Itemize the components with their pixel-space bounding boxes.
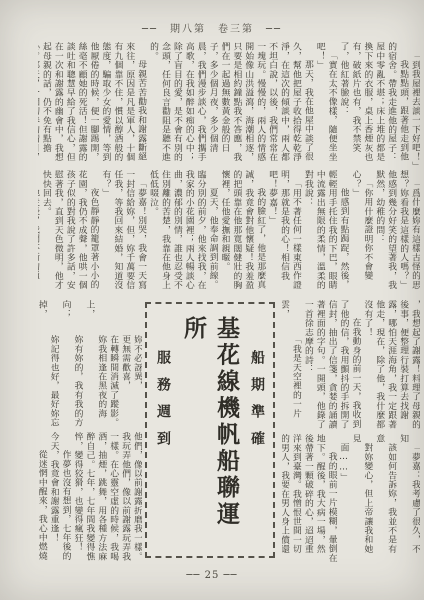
ad-slogan-schedule: 船期準確: [247, 312, 267, 458]
text-column-paragraph: 「到我屋裡去談一下好吧！」: [408, 42, 420, 166]
story-band-bottom-left: 他們，像以前謝露折磨我一樣。我玩弄他們，像以前謝露玩弄我一樣。在心靈空虛的時候，…: [38, 432, 142, 562]
header-volume-issue: ── 期八第 卷三第 ──: [0, 20, 424, 35]
text-column-paragraph: 更無需歡喜，: [118, 300, 130, 430]
text-column-paragraph: 「我是天空裡的一片雲，: [282, 300, 301, 431]
text-column-paragraph: 「夢嘉！別哭，我會一天寫一封信給妳，但，妳千萬要信任我，等我回來結婚，知道沒有？…: [99, 170, 147, 297]
text-column-paragraph: 他走後，我們不斷的通信，所有信中的言辭，都是纏綿動人的。可是，直到有一天，他的信…: [38, 170, 39, 297]
text-column-paragraph: 妳記得也好，最好妳忘掉，: [38, 300, 59, 430]
text-column-paragraph: 面……」: [337, 434, 349, 562]
page-number: ── 25 ──: [0, 570, 424, 581]
text-column-paragraph: 在轉瞬間消滅了蹤影。: [106, 300, 118, 430]
text-column-paragraph: 妳我相逢在黑夜的海上，: [82, 300, 106, 430]
story-band-bottom-right: 「夢嘉：我考慮了很久，不知該如何告訴妳，我並不是有意對妳變心，但上帝讓我和她見面…: [282, 434, 420, 562]
text-column-paragraph: 妳不必訝異，: [130, 300, 142, 430]
story-band-third-left: 妳不必訝異，更無需歡喜，在轉瞬間消滅了蹤影。妳我相逢在黑夜的海上，妳有妳的，我有…: [38, 300, 142, 430]
text-column-paragraph: 在我動身的前一天，我收到了他的信，我用顫抖的手拆開了信封，抽出了信箋，貪婪的誦讀…: [301, 300, 361, 431]
ad-company-name: 基花線機帆船聯運所: [177, 312, 243, 548]
text-column-paragraph: 我點點頭，跟著他走到他的宿舍。帶我走進他的屋子：屋中零亂不堪；床上堆的都是換下來…: [337, 42, 408, 166]
text-column-paragraph: 他感到有點跼踀，然後，輕輕用手托住我的下巴，眼睛中流露出無限的柔情，溫柔的對我說…: [301, 170, 349, 297]
text-column-paragraph: 「實在太不像樣，隨便坐坐吧！」: [313, 42, 337, 166]
text-column-paragraph: 從迷惘中醒來，我心中燃燒着怒火，是的，我要對他報復！現在的他已沒有七年前的活力，…: [38, 432, 47, 562]
text-column-paragraph: 作夢也沒有想到，七年後的今天，我竟會和謝露重逢！: [47, 432, 71, 562]
shipping-ad-box: 船期準確 基花線機帆船聯運所 服務週到: [145, 302, 275, 558]
story-band-second: 「爲什麼妳有這樣古怪的思想？妳看我是這樣的人嗎？」他感到幾分好笑的望著我，我默然…: [38, 170, 420, 297]
text-column-paragraph: 該如何告訴妳，我並不是有意: [372, 434, 396, 562]
story-band-top: 「到我屋裡去談一下好吧！」我點點頭，跟著他走到他的宿舍。帶我走進他的屋子：屋中零…: [38, 42, 420, 166]
text-column-paragraph: ，我想起了謝露！料理了母親的後事，便整理行裝打算去找謝露，哪怕天涯海角，我一定跟…: [360, 300, 420, 431]
text-column-paragraph: 夏天，他奉命調到前線。臨分別的前夕，他來找我，在我家的小花園裡；兩人暢談心曲，濃…: [146, 170, 217, 297]
ad-slogan-service: 服務週到: [153, 312, 173, 458]
story-band-third-right: ，我想起了謝露！料理了母親的後事，便整理行裝打算去找謝露，哪怕天涯海角，我一定跟…: [282, 300, 420, 431]
text-column-paragraph: 對妳變心，但上帝讓我和她見: [349, 434, 373, 562]
text-column-paragraph: 「用不著任何一樣東西作證明，那就是我的心！相信我吧！夢嘉！」: [265, 170, 301, 297]
magazine-page: ── 期八第 卷三第 ── 「到我屋裡去談一下好吧！」我點點頭，跟著他走到他的宿…: [0, 0, 424, 600]
text-column-paragraph: 妳有妳的，我有我的方向；: [59, 300, 83, 430]
text-column-paragraph: 「你用什麼證明你不會變心？」: [349, 170, 373, 297]
text-column-paragraph: 母親苦苦勸我和謝露斷絕來往，原因是凡是軍人，十個有九個靠不住，慣以醇酒般的態度，…: [38, 42, 146, 166]
text-column-paragraph: 「夢嘉：我考慮了很久，不知: [396, 434, 420, 562]
text-column-paragraph: 「爲什麼妳有這樣古怪的思想？妳看我是這樣的人嗎？」他感到幾分好笑的望著我，我默然…: [372, 170, 420, 297]
text-column-paragraph: 他們，像以前謝露折磨我一樣。我玩弄他們，像以前謝露玩弄我一樣。在心靈空虛的時候，…: [71, 432, 142, 562]
text-column-paragraph: 我的眼前一片模糊，暈倒在地下。醒後，我大病一場，然後帶著一顆破碎的心，迢迢重洋來…: [282, 434, 337, 562]
text-column-paragraph: 夜色靜靜的籠罩著小小的花園，我仍不成聲，他哄一個孩子似的對我說了許多話，安慰著我…: [39, 170, 99, 297]
text-column-paragraph: 我的臉紅了，他是那麼真誠，我竟會對他懷疑！我羞盈的把頭靠在他那寬闊健壯的胸懷裡，…: [218, 170, 266, 297]
text-column-paragraph: 那天，我在他屋中談了很久，幫他把屋子收拾得乾乾淨淨，在這次的傾談中，兩人都不坦白…: [146, 42, 313, 166]
